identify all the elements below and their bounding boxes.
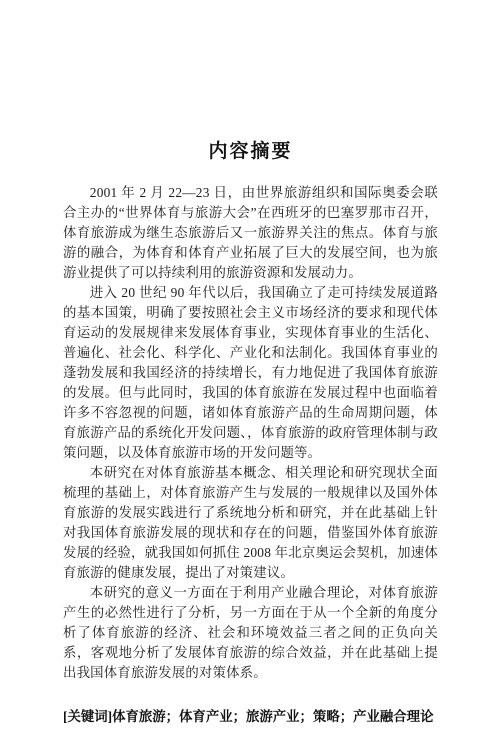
abstract-paragraph-4: 本研究的意义一方面在于利用产业融合理论，对体育旅游产生的必然性进行了分析，另一方… <box>63 583 438 683</box>
abstract-content: 内容摘要 2001 年 2 月 22—23 日，由世界旅游组织和国际奥委会联合主… <box>0 0 500 727</box>
keywords-text: 体育旅游；体育产业；旅游产业；策略；产业融合理论 <box>112 709 433 724</box>
abstract-paragraph-3: 本研究在对体育旅游基本概念、相关理论和研究现状全面梳理的基础上，对体育旅游产生与… <box>63 463 438 583</box>
document-page: 内容摘要 2001 年 2 月 22—23 日，由世界旅游组织和国际奥委会联合主… <box>0 0 500 730</box>
keywords-label: [关键词] <box>63 709 112 724</box>
keywords-line: [关键词]体育旅游；体育产业；旅游产业；策略；产业融合理论 <box>63 707 438 727</box>
page-title: 内容摘要 <box>63 136 438 163</box>
abstract-paragraph-1: 2001 年 2 月 22—23 日，由世界旅游组织和国际奥委会联合主办的“世界… <box>63 183 438 283</box>
abstract-paragraph-2: 进入 20 世纪 90 年代以后，我国确立了走可持续发展道路的基本国策，明确了要… <box>63 283 438 463</box>
